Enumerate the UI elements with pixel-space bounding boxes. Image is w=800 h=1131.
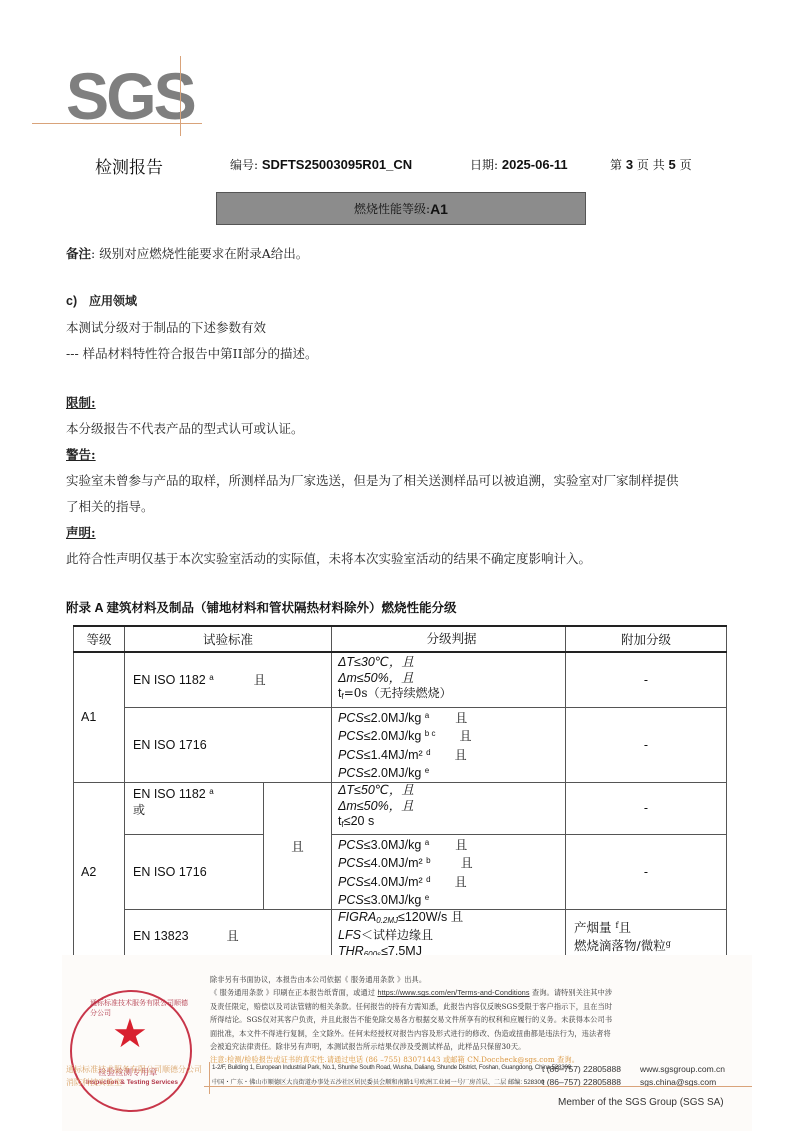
terms-link[interactable]: https://www.sgs.com/en/Terms-and-Conditi… [377,988,529,997]
standard-cell: EN ISO 1716 [125,707,332,782]
additional-cell: - [566,707,727,782]
criteria-cell: ΔT≤30℃，且 Δm≤50%，且 tf=0s（无持续燃烧） [332,652,566,707]
report-header: 检测报告 编号: SDFTS25003095R01_CN 日期: 2025-06… [95,155,740,177]
footer-accent-vline [209,1062,210,1094]
table-header-row: 等级 试验标准 分级判据 附加分级 [74,626,727,652]
logo-accent-vline [180,56,181,136]
sgs-logo: SGS [30,50,220,150]
criteria-cell: PCS≤2.0MJ/kg a且 PCS≤2.0MJ/kg b c且 PCS≤1.… [332,707,566,782]
standard-cell: EN ISO 1182 a 或 [125,782,264,834]
standard-cell: EN ISO 1716 [125,834,264,909]
fire-grade-value: A1 [430,201,448,217]
grade-cell-a2: A2 [74,782,125,963]
additional-cell: - [566,652,727,707]
statement-heading: 声明: [66,523,96,541]
grade-cell-a1: A1 [74,652,125,782]
inspection-stamp: 通标标准技术服务有限公司顺德分公司 ★ 检验检测专用章 Inspection &… [70,990,192,1112]
logo-accent-hline [32,123,202,124]
limits-text: 本分级报告不代表产品的型式认可或认证。 [66,419,304,437]
page-indicator: 第 3 页 共 5 页 [610,156,692,173]
application-heading: c) 应用领域 [66,292,137,309]
legal-disclaimer: 除非另有书面协议，本报告由本公司依据《 服务通用条款 》出具。 《 服务通用条款… [210,973,730,1067]
criteria-cell: ΔT≤50℃，且 Δm≤50%，且 tf≤20 s [332,782,566,834]
criteria-cell: PCS≤3.0MJ/kg a且 PCS≤4.0MJ/m² b且 PCS≤4.0M… [332,834,566,909]
application-line2: --- 样品材料特性符合报告中第II部分的描述。 [66,344,318,362]
fire-grade-banner: 燃烧性能等级: A1 [216,192,586,225]
application-line1: 本测试分级对于制品的下述参数有效 [66,318,266,336]
table-row: EN ISO 1716 PCS≤2.0MJ/kg a且 PCS≤2.0MJ/kg… [74,707,727,782]
col-header-criteria: 分级判据 [332,626,566,652]
col-header-additional: 附加分级 [566,626,727,652]
classification-table: 等级 试验标准 分级判据 附加分级 A1 EN ISO 1182 a且 ΔT≤3… [73,625,727,963]
col-header-grade: 等级 [74,626,125,652]
website[interactable]: www.sgsgroup.com.cn [640,1064,725,1074]
stamp-company-text: 通标标准技术服务有限公司顺德分公司 消防科技实验室 [66,1063,202,1089]
warning-line1: 实验室未曾参与产品的取样，所测样品为厂家选送，但是为了相关送测样品可以被追溯，实… [66,471,679,489]
member-statement: Member of the SGS Group (SGS SA) [558,1097,724,1108]
table-row: A1 EN ISO 1182 a且 ΔT≤30℃，且 Δm≤50%，且 tf=0… [74,652,727,707]
star-icon: ★ [112,1014,148,1054]
col-header-standard: 试验标准 [125,626,332,652]
additional-cell: - [566,834,727,909]
annex-title: 附录 A 建筑材料及制品（铺地材料和管状隔热材料除外）燃烧性能分级 [66,598,457,616]
table-row: A2 EN ISO 1182 a 或 且 ΔT≤50℃，且 Δm≤50%，且 t… [74,782,727,834]
standard-cell: EN ISO 1182 a且 [125,652,332,707]
footer-accent-hline [204,1086,752,1087]
note-line: 备注: 级别对应燃烧性能要求在附录A给出。 [66,244,308,262]
statement-text: 此符合性声明仅基于本次实验室活动的实际值，未将本次实验室活动的结果不确定度影响计… [66,549,591,567]
report-title: 检测报告 [95,153,163,178]
warning-line2: 了相关的指导。 [66,497,154,515]
phone-1: t (86–757) 22805888 [542,1064,621,1074]
table-row: EN ISO 1716 PCS≤3.0MJ/kg a且 PCS≤4.0MJ/m²… [74,834,727,909]
limits-heading: 限制: [66,393,96,411]
report-number: 编号: SDFTS25003095R01_CN [230,156,412,173]
additional-cell: - [566,782,727,834]
and-connector-cell: 且 [264,782,332,909]
warning-heading: 警告: [66,445,96,463]
sgs-logo-text: SGS [66,63,194,129]
report-date: 日期: 2025-06-11 [470,156,568,173]
